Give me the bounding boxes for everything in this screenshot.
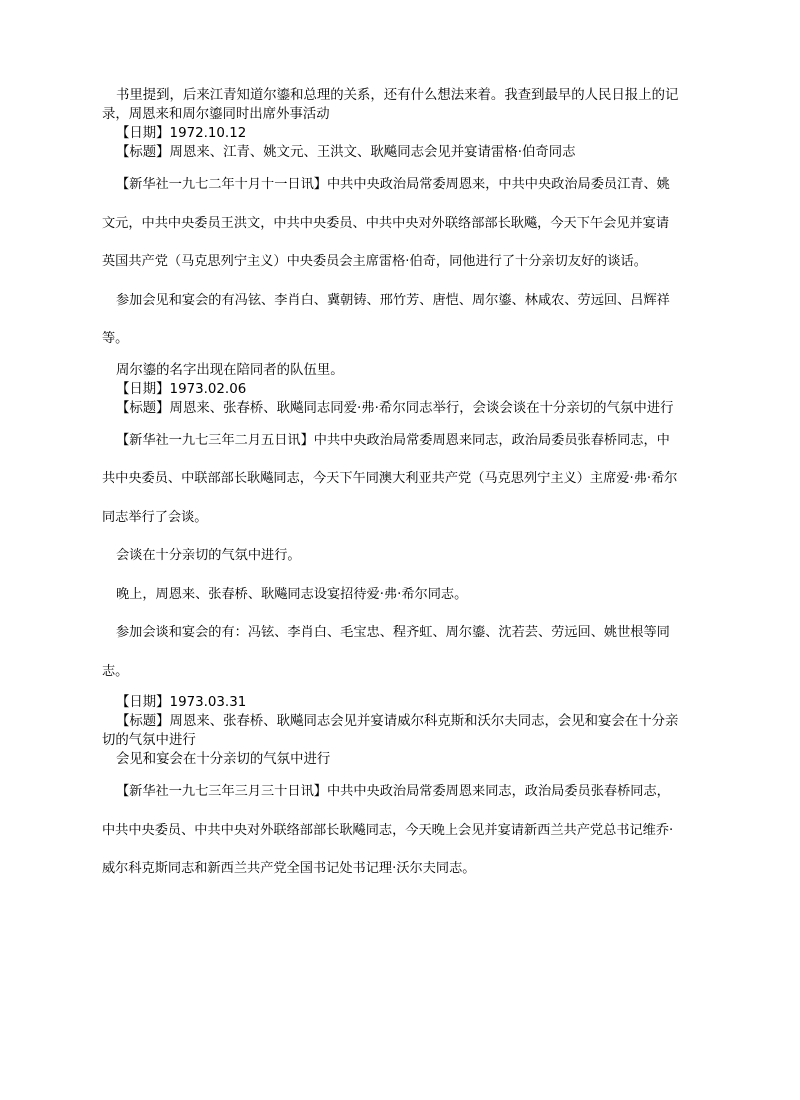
entry-3-body: 【新华社一九七三年三月三十日讯】中共中央政治局常委周恩来同志，政治局委员张春桥同…	[102, 773, 682, 889]
entry-2-title: 【标题】周恩来、张春桥、耿飚同志同爱·弗·希尔同志举行，会谈会谈在十分亲切的气氛…	[102, 399, 682, 418]
entry-1-date: 【日期】1972.10.12	[102, 124, 682, 143]
commentary-paragraph: 周尔鎏的名字出现在陪同者的队伍里。	[102, 361, 682, 380]
entry-2-body: 【新华社一九七三年二月五日讯】中共中央政治局常委周恩来同志，政治局委员张春桥同志…	[102, 422, 682, 538]
entry-1-attendees: 参加会见和宴会的有冯铉、李肖白、冀朝铸、邢竹芳、唐恺、周尔鎏、林咸农、劳远回、吕…	[102, 282, 682, 359]
entry-2-banquet: 晚上，周恩来、张春桥、耿飚同志设宴招待爱·弗·希尔同志。	[102, 576, 682, 615]
entry-3-title: 【标题】周恩来、张春桥、耿飚同志会见并宴请威尔科克斯和沃尔夫同志，会见和宴会在十…	[102, 712, 682, 750]
entry-3-date: 【日期】1973.03.31	[102, 693, 682, 712]
entry-2-date: 【日期】1973.02.06	[102, 380, 682, 399]
entry-1-body: 【新华社一九七二年十月十一日讯】中共中央政治局常委周恩来，中共中央政治局委员江青…	[102, 166, 682, 282]
document-page: 书里提到，后来江青知道尔鎏和总理的关系，还有什么想法来着。我查到最早的人民日报上…	[102, 86, 682, 889]
entry-3-subtitle: 会见和宴会在十分亲切的气氛中进行	[102, 750, 682, 769]
entry-2-atmosphere: 会谈在十分亲切的气氛中进行。	[102, 537, 682, 576]
intro-paragraph: 书里提到，后来江青知道尔鎏和总理的关系，还有什么想法来着。我查到最早的人民日报上…	[102, 86, 682, 124]
entry-1-title: 【标题】周恩来、江青、姚文元、王洪文、耿飚同志会见并宴请雷格·伯奇同志	[102, 143, 682, 162]
entry-2-attendees: 参加会谈和宴会的有：冯铉、李肖白、毛宝忠、程齐虹、周尔鎏、沈若芸、劳远回、姚世根…	[102, 614, 682, 691]
